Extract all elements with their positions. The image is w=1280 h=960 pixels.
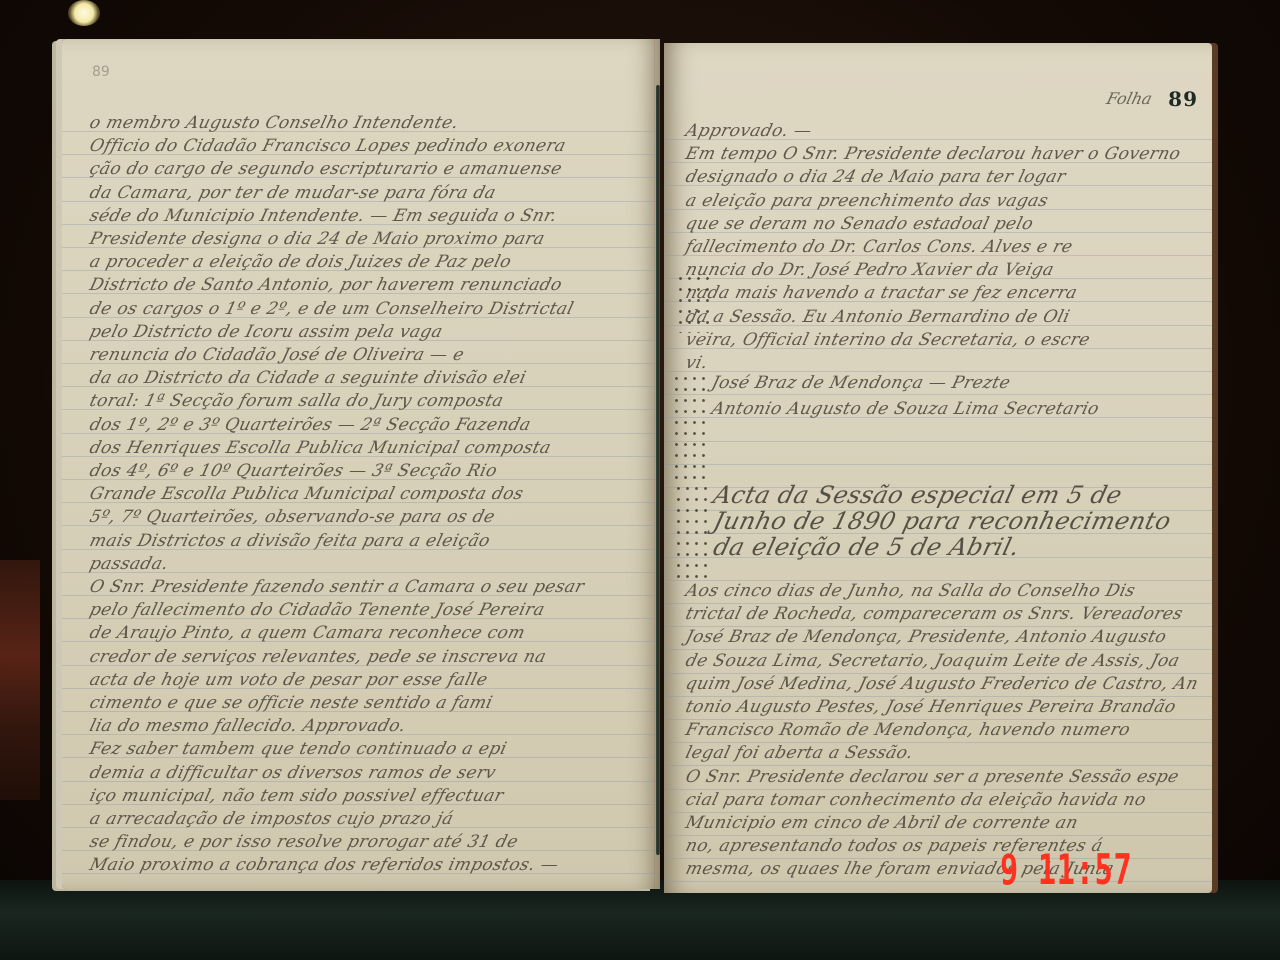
handwritten-line: de os cargos o 1º e 2º, e de um Conselhe…: [88, 299, 576, 319]
pinhole-dots: [676, 273, 712, 333]
handwritten-line: acta de hoje um voto de pesar por esse f…: [88, 670, 490, 690]
handwritten-line: lia do mesmo fallecido. Approvado.: [88, 716, 409, 736]
handwritten-line: legal foi aberta a Sessão.: [684, 743, 916, 763]
handwritten-line: a arrecadação de impostos cujo prazo já: [88, 809, 456, 829]
handwritten-line: a eleição para preenchimento das vagas: [684, 191, 1051, 211]
handwritten-line: dos 1º, 2º e 3º Quarteirões — 2ª Secção …: [88, 415, 534, 435]
handwritten-line: designado o dia 24 de Maio para ter loga…: [684, 167, 1068, 187]
handwritten-line: credor de serviços relevantes, pede se i…: [88, 647, 549, 667]
handwritten-line: Approvado. —: [684, 121, 815, 141]
ledger-book: 89 o membro Augusto Conselho Intendente.…: [50, 35, 1220, 885]
handwritten-line: Fez saber tambem que tendo continuado a …: [88, 739, 509, 759]
handwritten-line: Antonio Augusto de Souza Lima Secretario: [710, 399, 1102, 419]
ruled-line: [664, 464, 1212, 465]
rug-background: [0, 560, 40, 800]
handwritten-line: a proceder a eleição de dois Juizes de P…: [88, 252, 514, 272]
ruled-line: [664, 394, 1212, 395]
handwritten-line: dos Henriques Escolla Publica Municipal …: [88, 438, 554, 458]
handwritten-line: cimento e que se officie neste sentido a…: [88, 693, 495, 713]
ruled-line: [664, 441, 1212, 442]
handwritten-line: tonio Augusto Pestes, José Henriques Per…: [684, 697, 1179, 717]
handwritten-line: Districto de Santo Antonio, por haverem …: [88, 275, 565, 295]
handwritten-line: José Braz de Mendonça, Presidente, Anton…: [684, 627, 1169, 647]
handwritten-line: da ao Districto da Cidade a seguinte div…: [88, 368, 529, 388]
handwritten-line: mais Districtos a divisão feita para a e…: [88, 531, 493, 551]
pencil-corner-mark: 89: [92, 64, 110, 80]
folio-label: Folha: [1105, 89, 1155, 108]
handwritten-line: passada.: [88, 554, 171, 574]
right-page: Folha 89 Approvado. —Em tempo O Snr. Pre…: [664, 43, 1212, 893]
handwritten-line: da Camara, por ter de mudar-se para fóra…: [88, 183, 499, 203]
handwritten-line: o membro Augusto Conselho Intendente.: [88, 113, 461, 133]
handwritten-line: Francisco Romão de Mendonça, havendo num…: [684, 720, 1133, 740]
margin-line: [654, 39, 655, 889]
handwritten-line: iço municipal, não tem sido possivel eff…: [88, 786, 506, 806]
handwritten-line: cial para tomar conhecimento da eleição …: [684, 790, 1149, 810]
handwritten-line: séde do Municipio Intendente. — Em segui…: [88, 206, 560, 226]
handwritten-line: de Souza Lima, Secretario, Joaquim Leite…: [684, 651, 1182, 671]
handwritten-line: Junho de 1890 para reconhecimento: [711, 507, 1175, 535]
handwritten-line: 5º, 7º Quarteirões, observando-se para o…: [88, 507, 498, 527]
lamp-glare: [68, 0, 100, 26]
handwritten-line: vi.: [684, 353, 711, 373]
handwritten-line: que se deram no Senado estadoal pelo: [684, 214, 1036, 234]
handwritten-line: ção do cargo de segundo escripturario e …: [88, 159, 565, 179]
handwritten-line: quim José Medina, José Augusto Frederico…: [684, 674, 1201, 694]
handwritten-line: da a Sessão. Eu Antonio Bernardino de Ol…: [684, 307, 1072, 327]
handwritten-line: Acta da Sessão especial em 5 de: [711, 481, 1126, 509]
handwritten-line: pelo Districto de Icoru assim pela vaga: [88, 322, 445, 342]
handwritten-line: Presidente designa o dia 24 de Maio prox…: [88, 229, 547, 249]
handwritten-line: Maio proximo a cobrança dos referidos im…: [88, 855, 561, 875]
handwritten-line: de Araujo Pinto, a quem Camara reconhece…: [88, 623, 528, 643]
handwritten-line: Grande Escolla Publica Municipal compost…: [88, 484, 526, 504]
handwritten-line: veira, Official interino da Secretaria, …: [684, 330, 1093, 350]
handwritten-line: trictal de Rocheda, compareceram os Snrs…: [684, 604, 1185, 624]
handwritten-line: nada mais havendo a tractar se fez encer…: [684, 283, 1080, 303]
handwritten-line: toral: 1ª Secção forum salla do Jury com…: [88, 391, 506, 411]
handwritten-line: nuncia do Dr. José Pedro Xavier da Veiga: [684, 260, 1057, 280]
book-gutter: [656, 85, 660, 855]
handwritten-line: Municipio em cinco de Abril de corrente …: [684, 813, 1081, 833]
handwritten-line: se findou, e por isso resolve prorogar a…: [88, 832, 521, 852]
handwritten-line: Em tempo O Snr. Presidente declarou have…: [684, 144, 1183, 164]
ruled-line: [664, 371, 1212, 372]
page-number: 89: [1168, 87, 1198, 111]
pinhole-dots: [672, 373, 708, 483]
handwritten-line: renuncia do Cidadão José de Oliveira — e: [88, 345, 467, 365]
handwritten-line: Aos cinco dias de Junho, na Salla do Con…: [684, 581, 1138, 601]
pinhole-dots: [674, 483, 710, 583]
handwritten-line: demia a difficultar os diversos ramos de…: [88, 763, 498, 783]
handwritten-line: Officio do Cidadão Francisco Lopes pedin…: [88, 136, 569, 156]
left-page: 89 o membro Augusto Conselho Intendente.…: [62, 39, 660, 889]
handwritten-line: José Braz de Mendonça — Prezte: [710, 373, 1013, 393]
handwritten-line: fallecimento do Dr. Carlos Cons. Alves e…: [684, 237, 1075, 257]
camera-timestamp: 9 11:57: [1000, 845, 1132, 894]
handwritten-line: pelo fallecimento do Cidadão Tenente Jos…: [88, 600, 547, 620]
handwritten-line: da eleição de 5 de Abril.: [711, 533, 1023, 561]
handwritten-line: O Snr. Presidente fazendo sentir a Camar…: [88, 577, 587, 597]
handwritten-line: O Snr. Presidente declarou ser a present…: [684, 767, 1182, 787]
handwritten-line: dos 4º, 6º e 10º Quarteirões — 3ª Secção…: [88, 461, 500, 481]
